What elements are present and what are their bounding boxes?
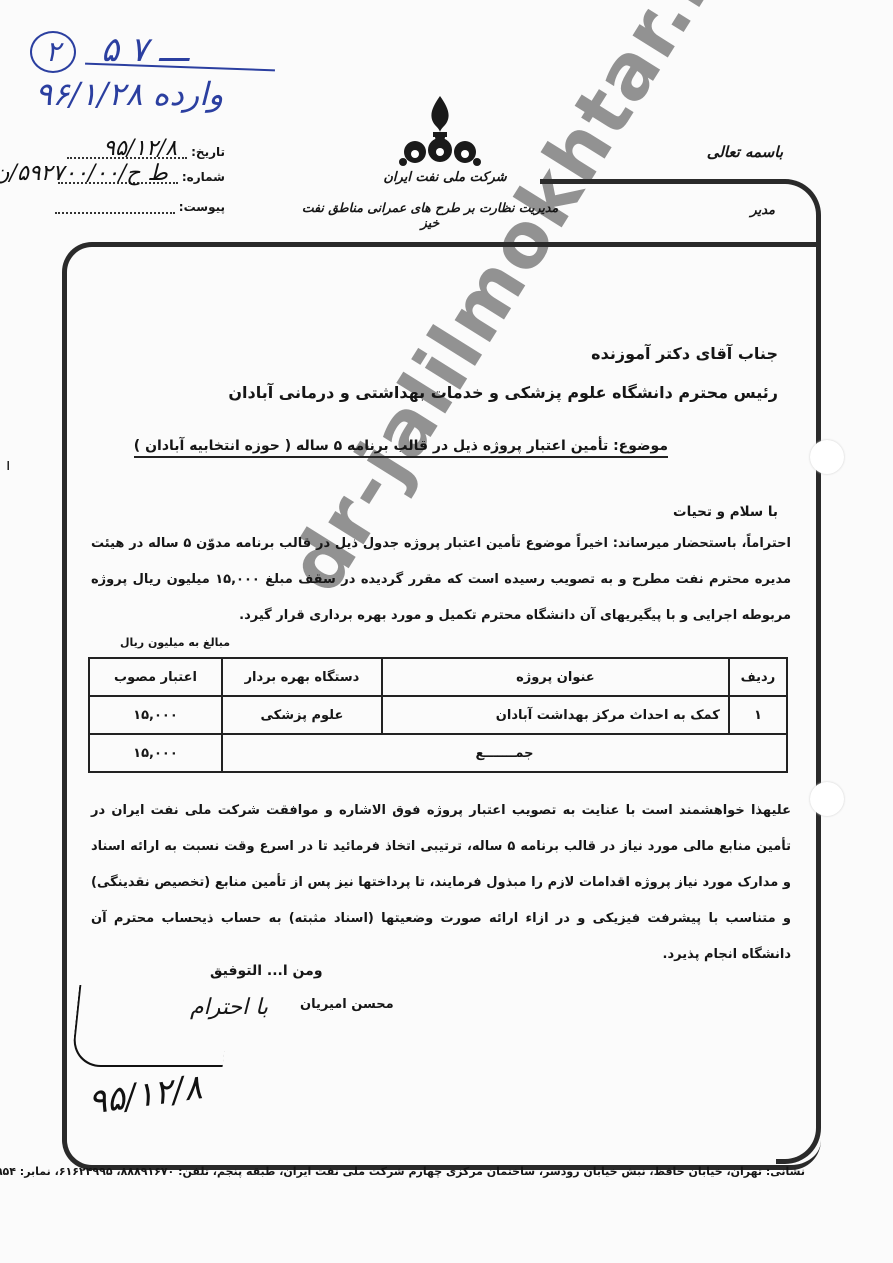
currency-note: مبالغ به میلیون ریال xyxy=(120,636,230,649)
table-header-row: ردیف عنوان پروژه دستگاه بهره بردار اعتبا… xyxy=(89,658,787,696)
closing-phrase: ومن ا... التوفیق xyxy=(210,963,323,979)
number-dotted-line: ط ح/۵۹۲۷۰۰/۰۰/ن xyxy=(58,170,178,184)
number-label: شماره: xyxy=(182,170,225,184)
handwritten-received-date: وارده ۹۶/۱/۲۸ xyxy=(35,75,223,113)
paragraph-intro: احتراماً، باستحضار میرساند: اخیراً موضوع… xyxy=(91,526,791,634)
nioc-logo-icon xyxy=(395,92,485,172)
punch-hole xyxy=(810,440,844,474)
punch-hole xyxy=(810,782,844,816)
signer-name: محسن امیریان xyxy=(300,997,394,1012)
date-value: ۹۵/۱۲/۸ xyxy=(103,136,177,161)
company-name: شرکت ملی نفت ایران xyxy=(330,170,560,185)
addressee-title: رئیس محترم دانشگاه علوم پزشکی و خدمات به… xyxy=(228,383,778,402)
number-value: ط ح/۵۹۲۷۰۰/۰۰/ن xyxy=(0,161,168,186)
attachment-label: پیوست: xyxy=(179,200,225,214)
sender-title: مدیر xyxy=(750,203,775,218)
header-operator: دستگاه بهره بردار xyxy=(222,658,382,696)
table-total-row: جمـــــــع ۱۵,۰۰۰ xyxy=(89,734,787,772)
header-project-title: عنوان پروژه xyxy=(382,658,729,696)
department-name: مدیریت نظارت بر طرح های عمرانی مناطق نفت… xyxy=(300,200,560,230)
total-label: جمـــــــع xyxy=(222,734,787,772)
signature-stroke xyxy=(71,985,232,1067)
margin-mark: ı xyxy=(6,455,10,474)
number-field: شماره: ط ح/۵۹۲۷۰۰/۰۰/ن xyxy=(58,170,225,184)
total-amount: ۱۵,۰۰۰ xyxy=(89,734,222,772)
addressee-name: جناب آقای دکتر آموزنده xyxy=(591,344,778,363)
attachment-dotted-line xyxy=(55,200,175,214)
cell-amount: ۱۵,۰۰۰ xyxy=(89,696,222,734)
project-table: ردیف عنوان پروژه دستگاه بهره بردار اعتبا… xyxy=(88,657,788,773)
date-dotted-line: ۹۵/۱۲/۸ xyxy=(67,145,187,159)
basmala-heading: باسمه تعالی xyxy=(707,143,783,161)
header-row-number: ردیف xyxy=(729,658,787,696)
circled-number: ۲ xyxy=(30,31,76,73)
cell-row-number: ۱ xyxy=(729,696,787,734)
attachment-field: پیوست: xyxy=(55,200,225,214)
frame-right-edge xyxy=(816,249,821,1119)
date-field: تاریخ: ۹۵/۱۲/۸ xyxy=(67,145,225,159)
date-label: تاریخ: xyxy=(191,145,225,159)
subject-line: موضوع: تأمین اعتبار پروژه ذیل در قالب بر… xyxy=(134,438,668,458)
table-row: ۱ کمک به احداث مرکز بهداشت آبادان علوم پ… xyxy=(89,696,787,734)
footer-address: نشانی: تهران، خیابان حافظ، نبش خیابان رو… xyxy=(70,1165,805,1178)
cell-operator: علوم پزشکی xyxy=(222,696,382,734)
cell-project-title: کمک به احداث مرکز بهداشت آبادان xyxy=(382,696,729,734)
paragraph-request: علیهذا خواهشمند است با عنایت به تصویب اع… xyxy=(91,793,791,973)
header-approved-credit: اعتبار مصوب xyxy=(89,658,222,696)
greeting: با سلام و تحیات xyxy=(673,504,778,520)
